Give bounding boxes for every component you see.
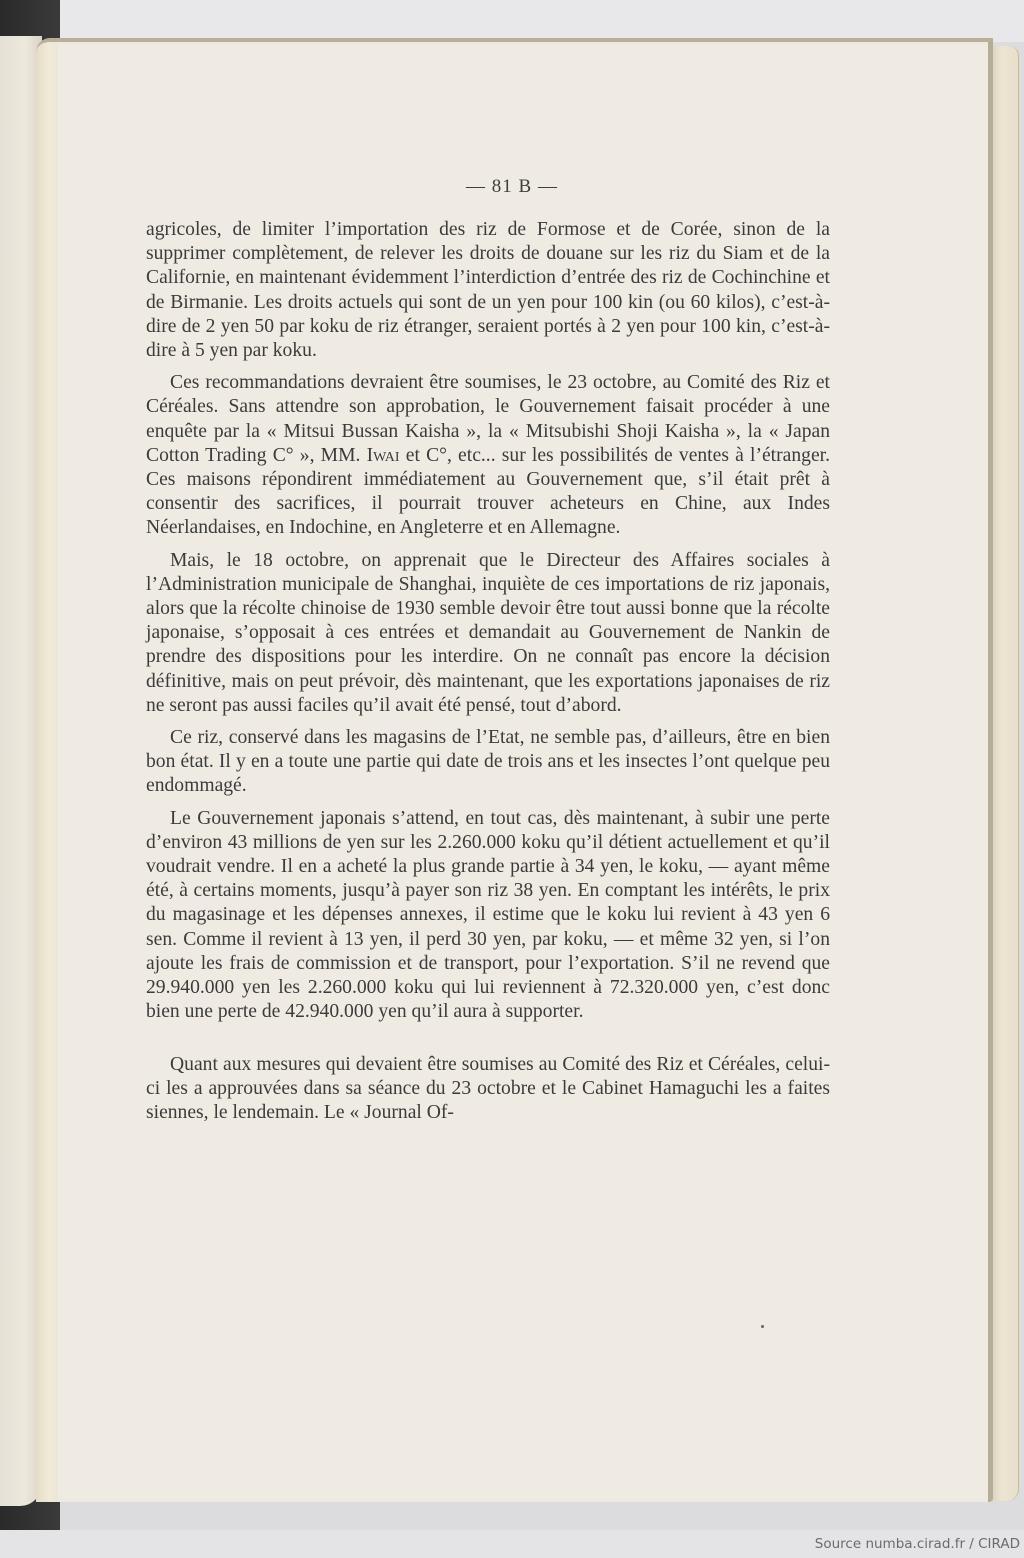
paragraph-3: Mais, le 18 octobre, on apprenait que le… <box>146 549 830 718</box>
page-gutter <box>36 42 58 1502</box>
paragraph-2: Ces recommandations devraient être soumi… <box>146 371 830 540</box>
document-page: — 81 B — agricoles, de limiter l’importa… <box>36 38 993 1502</box>
paragraph-6: Quant aux mesures qui devaient être soum… <box>146 1053 830 1126</box>
name-small-caps: Iwai <box>367 445 400 466</box>
page-number: — 81 B — <box>36 176 988 198</box>
paragraph-1: agricoles, de limiter l’importation des … <box>146 218 830 363</box>
body-text: agricoles, de limiter l’importation des … <box>146 218 830 1125</box>
scanner-bed <box>50 0 1024 42</box>
source-credit: Source numba.cirad.fr / CIRAD <box>815 1536 1020 1552</box>
paragraph-4: Ce riz, conservé dans les magasins de l’… <box>146 726 830 799</box>
paragraph-5: Le Gouvernement japonais s’attend, en to… <box>146 807 830 1025</box>
ink-speck <box>761 1325 764 1328</box>
